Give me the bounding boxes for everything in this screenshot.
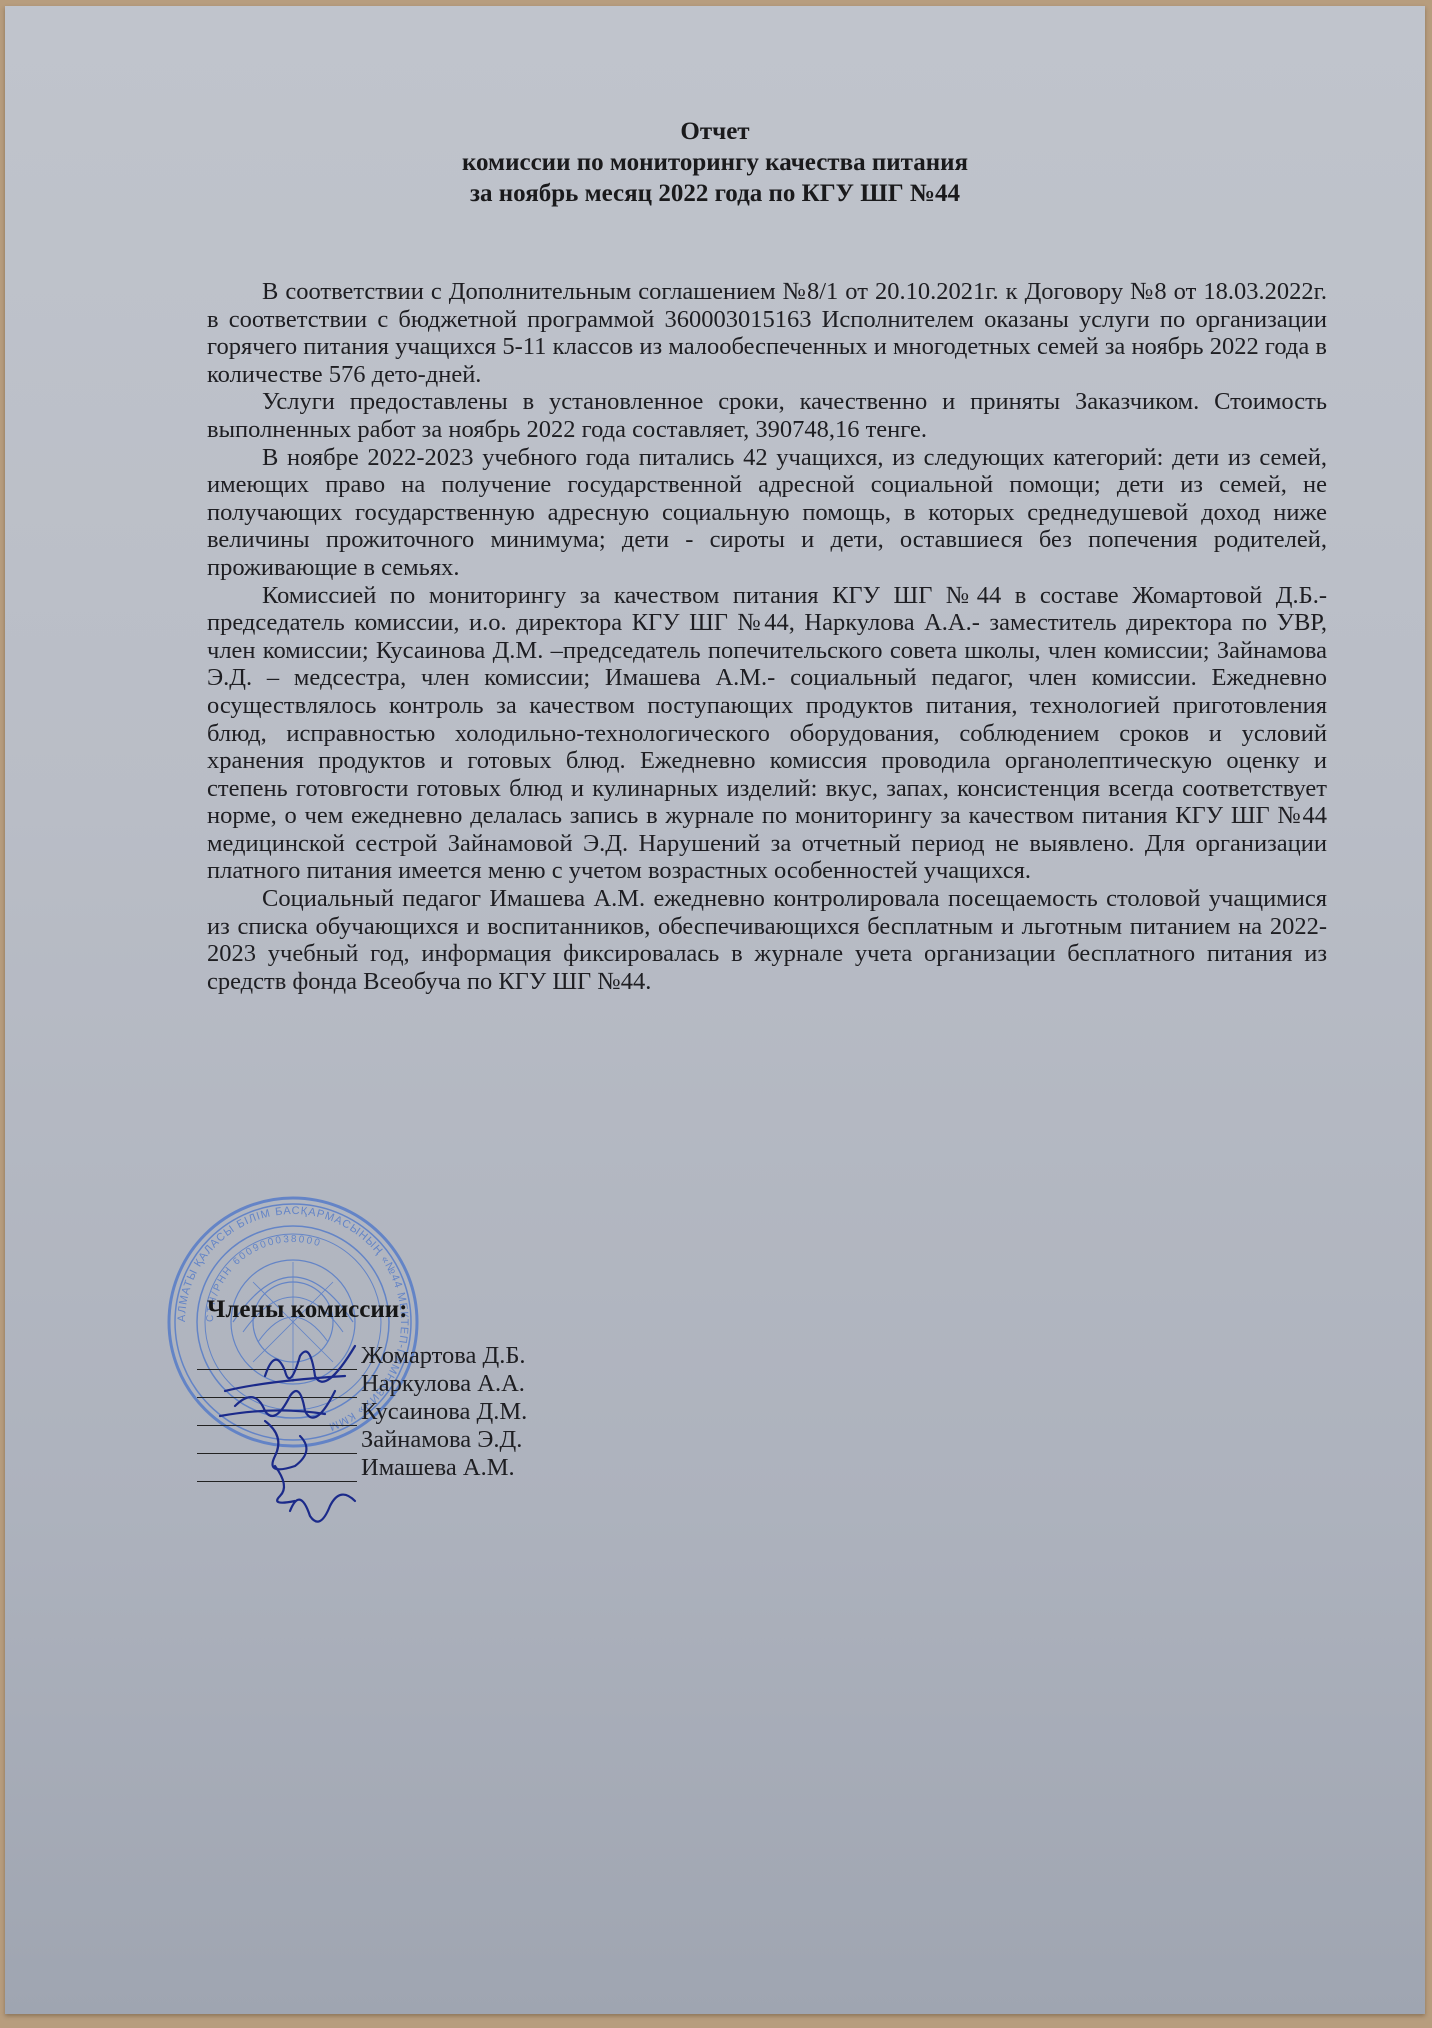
title-line: комиссии по мониторингу качества питания: [5, 147, 1425, 178]
document-page: Отчет комиссии по мониторингу качества п…: [5, 6, 1425, 2014]
members-heading: Члены комиссии:: [207, 1296, 408, 1324]
paragraph-commission-monitoring: Комиссией по мониторингу за качеством пи…: [207, 582, 1327, 886]
title-line: за ноябрь месяц 2022 года по КГУ ШГ №44: [5, 178, 1425, 209]
handwritten-signatures-icon: [205, 1336, 405, 1536]
paragraph-agreement: В соответствии с Дополнительным соглашен…: [207, 278, 1327, 388]
paragraph-services-cost: Услуги предоставлены в установленное сро…: [207, 388, 1327, 443]
document-title: Отчет комиссии по мониторингу качества п…: [5, 116, 1425, 209]
title-line: Отчет: [5, 116, 1425, 147]
document-body: В соответствии с Дополнительным соглашен…: [207, 278, 1327, 995]
paragraph-social-pedagogue: Социальный педагог Имашева А.М. ежедневн…: [207, 885, 1327, 995]
paragraph-student-categories: В ноябре 2022-2023 учебного года питалис…: [207, 444, 1327, 582]
